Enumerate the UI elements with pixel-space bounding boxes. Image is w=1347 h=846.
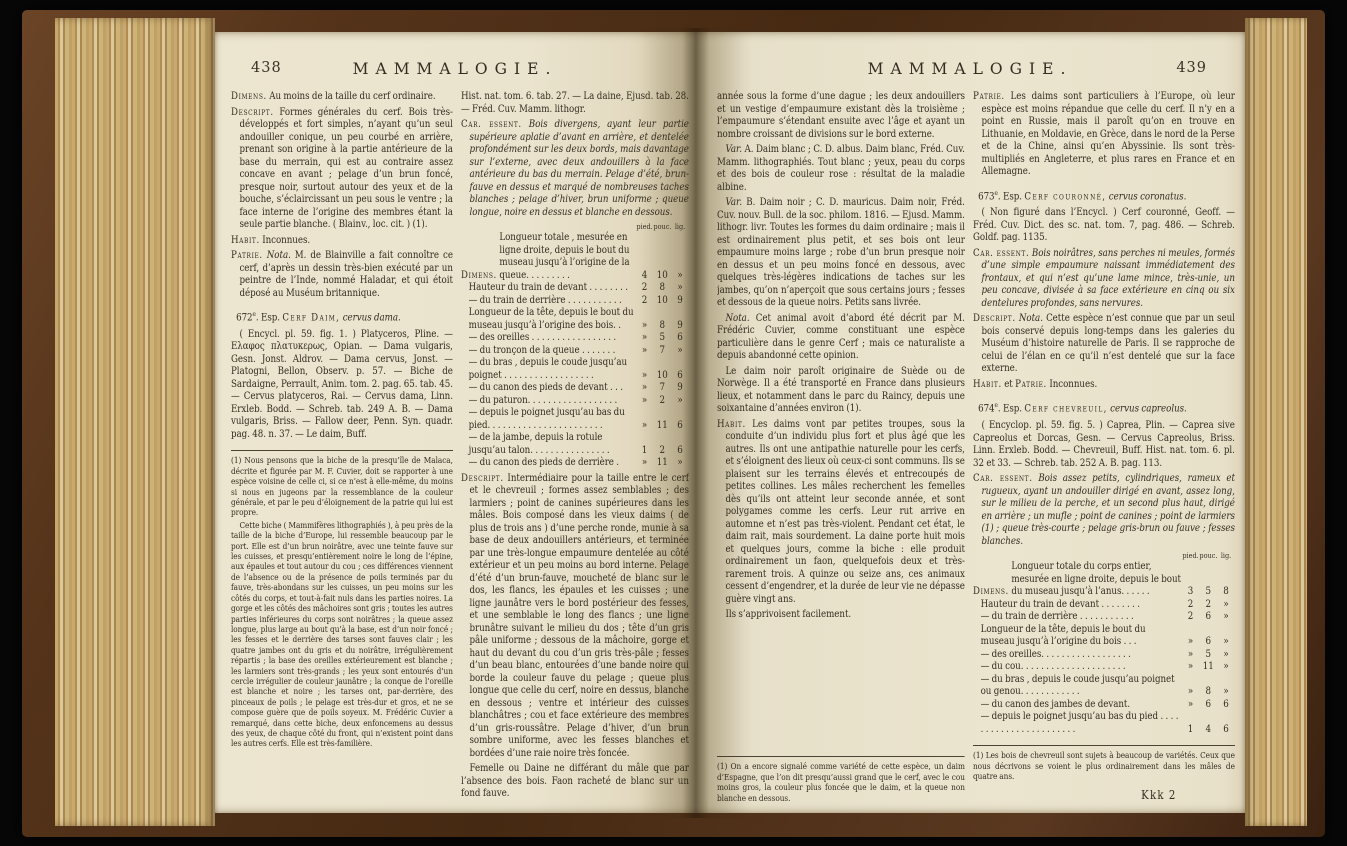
synonymy-673: ( Non figuré dans l’Encycl. ) Cerf couro…: [973, 206, 1235, 244]
paragraph-descript: Descript. Formes générales du cerf. Bois…: [231, 106, 453, 231]
nota-label: Nota.: [725, 312, 749, 324]
dimension-row: — du canon des pieds de derrière .»11»: [461, 456, 689, 469]
var-label: Var.: [725, 143, 741, 155]
dimension-row: — depuis le poignet jusqu’au bas du pied…: [461, 406, 689, 431]
footnote-paragraph: (1) Les bois de chevreuil sont sujets à …: [973, 751, 1235, 782]
section-label: Patrie.: [231, 249, 263, 261]
dimension-row: Hauteur du train de devant . . . . . . .…: [973, 598, 1235, 611]
dimension-row: Hauteur du train de devant . . . . . . .…: [461, 281, 689, 294]
citation-continuation: Hist. nat. tom. 6. tab. 27. — La daine, …: [461, 90, 689, 115]
left-page: 438 MAMMALOGIE. Dimens. Au moins de la t…: [215, 32, 695, 813]
dimension-row: — des oreilles . . . . . . . . . . . . .…: [461, 331, 689, 344]
table-column-headers: pied.pouc.lig.: [461, 222, 689, 231]
paragraph-habit: Habit. Les daims vont par petites troupe…: [717, 418, 965, 606]
dimension-row: Longueur de la tête, depuis le bout du m…: [973, 623, 1235, 648]
paragraph-continuation: année sous la forme d’une dague ; les de…: [717, 90, 965, 140]
left-page-column-2: Hist. nat. tom. 6. tab. 27. — La daine, …: [461, 90, 689, 804]
page-fore-edge-right: [1245, 18, 1307, 826]
section-label: Habit.: [231, 234, 260, 246]
section-label: Descript.: [231, 106, 274, 118]
paragraph-femelle: Femelle ou Daine ne différant du mâle qu…: [461, 762, 689, 800]
dimension-row: — des oreilles. . . . . . . . . . . . . …: [973, 648, 1235, 661]
synonymy-672: ( Encycl. pl. 59. fig. 1. ) Platyceros, …: [231, 328, 453, 441]
species-heading-674: 674e. Esp. Cerf chevreuil, cervus capreo…: [973, 399, 1235, 415]
paragraph-car-essent: Car. essent. Bois assez petits, cylindri…: [973, 472, 1235, 547]
right-page-header: MAMMALOGIE. 439: [707, 60, 1233, 80]
dimension-row: — du bras , depuis le coude jusqu’au poi…: [973, 673, 1235, 698]
section-label: Patrie.: [1015, 378, 1047, 390]
dimensions-table: pied.pouc.lig. Dimens.Longueur totale du…: [973, 551, 1235, 735]
footnote-paragraph: Cette biche ( Mammifères lithographiés )…: [231, 521, 453, 750]
paragraph-descript: Descript. Intermédiaire pour la taille e…: [461, 472, 689, 760]
dimension-row: — du tronçon de la queue . . . . . . .»7…: [461, 344, 689, 357]
paragraph-dimens: Dimens. Au moins de la taille du cerf or…: [231, 90, 453, 103]
footnote-rule: [973, 745, 1235, 746]
dimension-row: — depuis le poignet jusqu’au bas du pied…: [973, 710, 1235, 735]
species-name: Cerf couronné,: [1024, 190, 1106, 202]
running-title-left: MAMMALOGIE.: [227, 60, 683, 78]
footnote-block: (1) Les bois de chevreuil sont sujets à …: [973, 751, 1235, 784]
dimension-row: — du canon des jambes de devant.»66: [973, 698, 1235, 711]
dimensions-table: pied.pouc.lig. Dimens.Longueur totale , …: [461, 222, 689, 469]
section-label: Car. essent.: [461, 118, 522, 130]
species-heading-673: 673e. Esp. Cerf couronné, cervus coronat…: [973, 187, 1235, 203]
species-name: Cerf chevreuil,: [1024, 403, 1107, 415]
table-column-headers: pied.pouc.lig.: [973, 551, 1235, 560]
dimension-row: — du train de derrière . . . . . . . . .…: [973, 610, 1235, 623]
dimension-row: — du paturon. . . . . . . . . . . . . . …: [461, 394, 689, 407]
column-whitespace: [717, 624, 965, 750]
section-label: Dimens.: [231, 90, 267, 102]
paragraph-var-a: Var. A. Daim blanc ; C. D. albus. Daim b…: [717, 143, 965, 193]
var-label: Var.: [725, 196, 741, 208]
paragraph-var-b: Var. B. Daim noir ; C. D. mauricus. Daim…: [717, 196, 965, 309]
section-label: Habit.: [717, 418, 746, 430]
section-label: Car. essent.: [973, 247, 1029, 259]
paragraph-habit: Habit. Inconnues.: [231, 234, 453, 247]
catchline: Premier bois ne paroissant que la second…: [461, 803, 689, 805]
paragraph-patrie: Patrie. Nota. M. de Blainville a fait co…: [231, 249, 453, 299]
book-photograph: { "colors":{"background":"#070707","leat…: [0, 0, 1347, 846]
dimension-row: — du cou. . . . . . . . . . . . . . . . …: [973, 660, 1235, 673]
left-page-header: 438 MAMMALOGIE.: [227, 60, 683, 80]
section-label: Patrie.: [973, 90, 1005, 102]
footnote-paragraph: (1) Nous pensons que la biche de la pres…: [231, 456, 453, 518]
footnote-paragraph: (1) On a encore signalé comme variété de…: [717, 762, 965, 804]
dimension-row: — du canon des pieds de devant . . .»79: [461, 381, 689, 394]
species-latin: cervus coronatus.: [1109, 190, 1187, 202]
footnote-rule: [717, 756, 965, 757]
section-label: Habit.: [973, 378, 1002, 390]
book-cover-leather: 438 MAMMALOGIE. Dimens. Au moins de la t…: [22, 10, 1325, 837]
paragraph-car-essent: Car. essent. Bois divergens, ayant leur …: [461, 118, 689, 218]
footnote-block: (1) Nous pensons que la biche de la pres…: [231, 456, 453, 751]
paragraph-daim-noir: Le daim noir paroît originaire de Suède …: [717, 365, 965, 415]
footnote-rule: [231, 450, 453, 451]
species-name: Cerf Daim,: [282, 311, 340, 323]
section-label: Descript.: [461, 472, 504, 484]
paragraph-habit-patrie: Habit. et Patrie. Inconnues.: [973, 378, 1235, 391]
dimension-row: Dimens.Longueur totale , mesurée en lign…: [461, 231, 689, 281]
paragraph-nota: Nota. Cet animal avoit d’abord été décri…: [717, 312, 965, 362]
species-heading-672: 672e. Esp. Cerf Daim, cervus dama.: [231, 308, 453, 324]
dimension-row: — du bras , depuis le coude jusqu’au poi…: [461, 356, 689, 381]
dimension-row: — du train de derrière . . . . . . . . .…: [461, 294, 689, 307]
synonymy-674: ( Encyclop. pl. 59. fig. 5. ) Caprea, Pl…: [973, 419, 1235, 469]
left-page-column-1: Dimens. Au moins de la taille du cerf or…: [231, 90, 453, 804]
species-latin: cervus dama.: [343, 311, 401, 323]
dimension-row: Dimens.Longueur totale du corps entier, …: [973, 560, 1235, 598]
paragraph-car-essent: Car. essent. Bois noirâtres, sans perche…: [973, 247, 1235, 310]
paragraph-tame: Ils s’apprivoisent facilement.: [717, 608, 965, 621]
page-fore-edge-left: [55, 18, 215, 826]
nota-label: Nota.: [267, 249, 291, 261]
paragraph-descript: Descript. Nota. Cette espèce n’est connu…: [973, 312, 1235, 375]
section-label: Car. essent.: [973, 472, 1033, 484]
footnote-block: (1) On a encore signalé comme variété de…: [717, 762, 965, 806]
right-page-column-2: Patrie. Les daims sont particuliers à l’…: [973, 90, 1235, 806]
species-latin: cervus capreolus.: [1110, 403, 1187, 415]
right-page-column-1: année sous la forme d’une dague ; les de…: [717, 90, 965, 806]
dimension-row: Longueur de la tête, depuis le bout du m…: [461, 306, 689, 331]
right-page: MAMMALOGIE. 439 année sous la forme d’un…: [695, 32, 1245, 813]
nota-label: Nota.: [1019, 312, 1043, 324]
running-title-right: MAMMALOGIE.: [707, 60, 1233, 78]
section-label: Descript.: [973, 312, 1016, 324]
page-number-right: 439: [1176, 60, 1207, 76]
signature-mark: Kkk 2: [973, 789, 1235, 802]
paragraph-patrie: Patrie. Les daims sont particuliers à l’…: [973, 90, 1235, 178]
dimension-row: — de la jambe, depuis la rotule jusqu’au…: [461, 431, 689, 456]
